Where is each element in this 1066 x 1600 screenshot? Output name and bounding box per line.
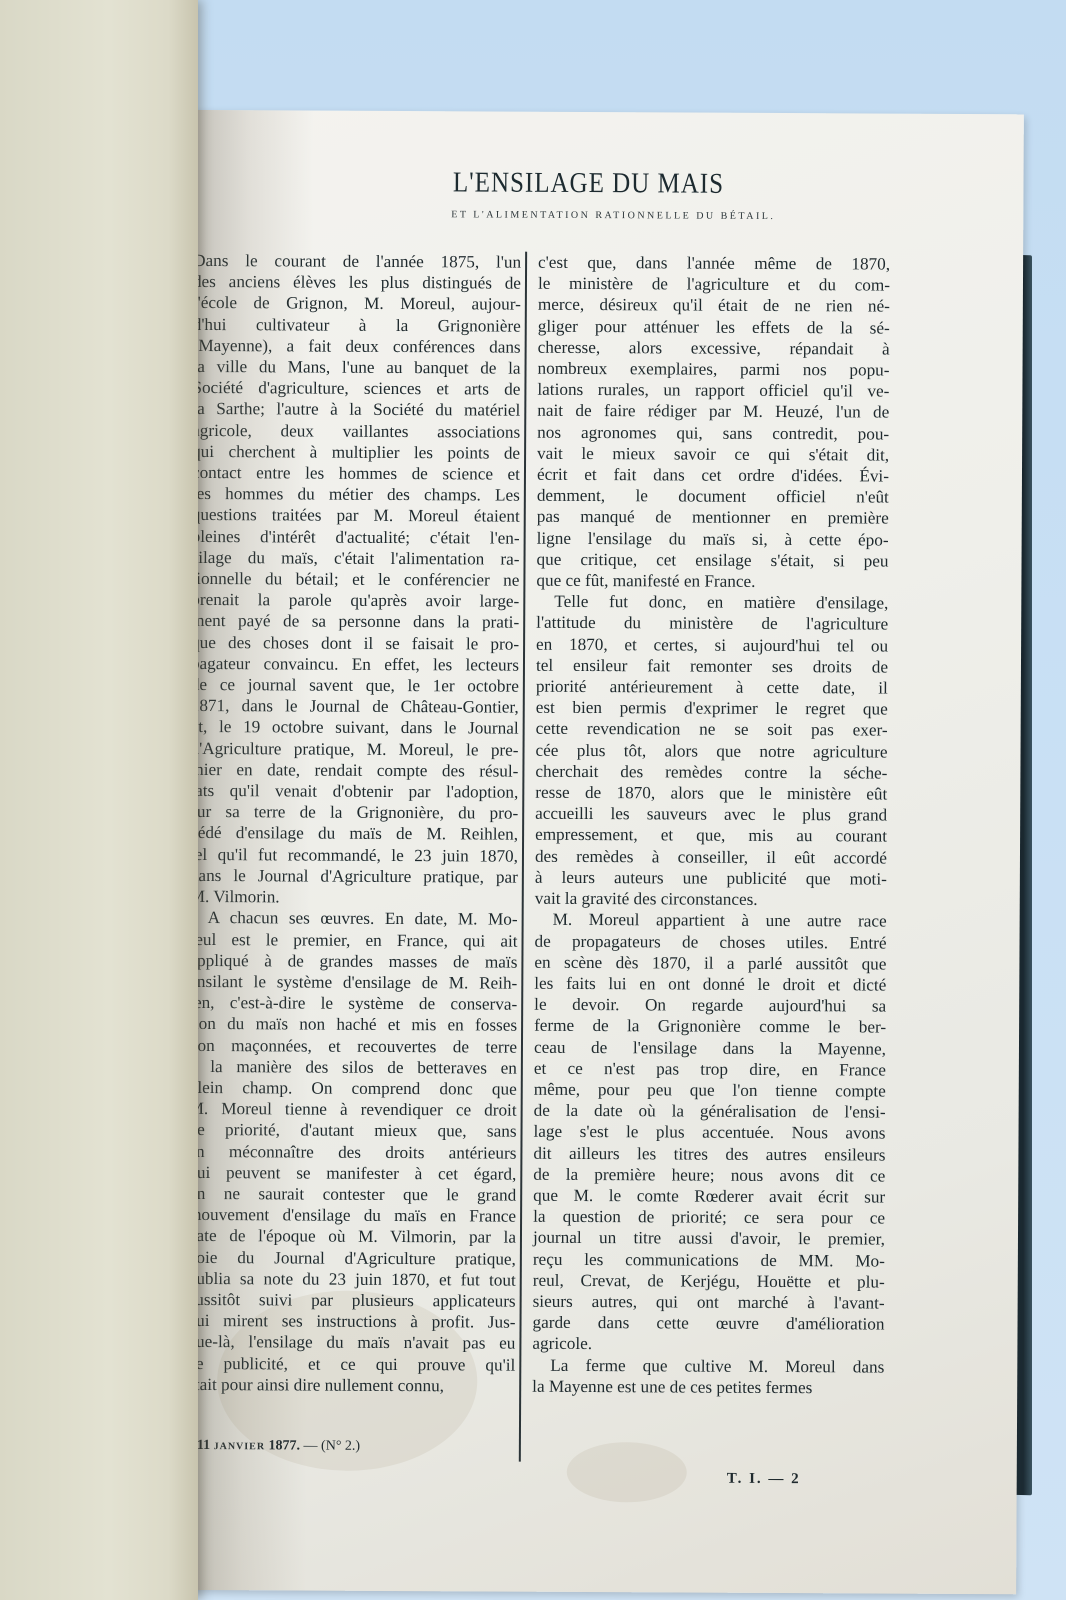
text-line: pleines d'intérêt d'actualité; c'était l… [192, 526, 520, 549]
text-line: reul est le premier, en France, qui ait [189, 928, 517, 951]
text-line: qui mirent ses instructions à profit. Ju… [187, 1310, 515, 1333]
text-line: l'école de Grignon, M. Moreul, aujour- [193, 292, 521, 315]
text-line: ferme de la Grignonière comme le ber- [534, 1015, 886, 1038]
text-line: M. Moreul appartient à une autre race [535, 909, 887, 932]
text-line: 1871, dans le Journal de Château-Gontier… [191, 695, 519, 718]
text-line: M. Moreul tienne à revendiquer ce droit [189, 1098, 517, 1121]
text-line: voie du Journal d'Agriculture pratique, [188, 1246, 516, 1269]
text-line: ceau de l'ensilage dans la Mayenne, [534, 1036, 886, 1059]
paper-stain [567, 1442, 687, 1503]
text-line: accueilli les sauveurs avec le plus gran… [535, 803, 887, 826]
text-line: publia sa note du 23 juin 1870, et fut t… [188, 1268, 516, 1291]
text-line: on ne saurait contester que le grand [188, 1183, 516, 1206]
book-page: L'ENSILAGE DU MAIS ET L'ALIMENTATION RAT… [146, 110, 1024, 1595]
text-line: A chacun ses œuvres. En date, M. Mo- [190, 907, 518, 930]
text-line: la Sarthe; l'autre à la Société du matér… [192, 398, 520, 421]
text-line: en méconnaître des droits antérieurs [188, 1140, 516, 1163]
text-line: vait le mieux savoir ce qui s'était dit, [537, 443, 889, 466]
text-line: nait de faire rédiger par M. Heuzé, l'un… [537, 400, 889, 423]
article-subtitle: ET L'ALIMENTATION RATIONNELLE DU BÉTAIL. [153, 208, 1023, 224]
date-year: 1877. [269, 1438, 301, 1453]
text-line: date de l'époque où M. Vilmorin, par la [188, 1225, 516, 1248]
text-line: que-là, l'ensilage du maïs n'avait pas e… [187, 1331, 515, 1354]
text-line: les faits lui en ont donné le droit et d… [534, 973, 886, 996]
text-line: le ministère de l'agriculture et du com- [538, 273, 890, 296]
text-line: est bien permis d'exprimer le regret que [536, 697, 888, 720]
text-line: la ville du Mans, l'une au banquet de la [192, 356, 520, 379]
text-line: de publicité, et ce qui prouve qu'il [187, 1352, 515, 1375]
text-line: que des choses dont il se faisait le pro… [191, 632, 519, 655]
text-line: sieurs autres, qui ont marché à l'avant- [533, 1291, 885, 1314]
text-line: resse de 1870, alors que le ministère eû… [535, 782, 887, 805]
text-line: la Mayenne est une de ces petites fermes [532, 1375, 884, 1398]
text-line: le devoir. On regarde aujourd'hui sa [534, 994, 886, 1017]
text-line: d'hui cultivateur à la Grignonière [193, 314, 521, 337]
text-line: que critique, cet ensilage s'était, si p… [536, 549, 888, 572]
text-line: tion du maïs non haché et mis en fosses [189, 1013, 517, 1036]
text-line: la question de priorité; ce sera pour ce [533, 1206, 885, 1229]
text-line: à la manière des silos de betteraves en [189, 1056, 517, 1079]
text-line: prenait la parole qu'après avoir large- [191, 589, 519, 612]
text-line: tel qu'il fut recommandé, le 23 juin 187… [190, 844, 518, 867]
text-line: cheresse, alors excessive, répandait à [538, 337, 890, 360]
text-line: merce, désireux qu'il était de ne rien n… [538, 294, 890, 317]
text-line: Société d'agriculture, sciences et arts … [192, 377, 520, 400]
text-line: dit ailleurs les titres des autres ensil… [533, 1142, 885, 1165]
text-line: cédé d'ensilage du maïs de M. Reihlen, [190, 822, 518, 845]
text-line: plein champ. On comprend donc que [189, 1077, 517, 1100]
text-line: en 1870, et certes, si aujourd'hui tel o… [536, 633, 888, 656]
text-line: nos agronomes qui, sans contredit, pou- [537, 421, 889, 444]
text-line: ensilant le système d'ensilage de M. Rei… [189, 971, 517, 994]
text-line: aussitôt suivi par plusieurs applicateur… [188, 1289, 516, 1312]
text-line: contact entre les hommes de science et [192, 462, 520, 485]
text-line: M. Vilmorin. [190, 886, 518, 909]
text-line: qui peuvent se manifester à cet égard, [188, 1162, 516, 1185]
text-line: même, pour peu que l'on tienne compte [534, 1079, 886, 1102]
text-line: en scène dès 1870, il a parlé aussitôt q… [534, 951, 886, 974]
issue-date: 11 JANVIER 1877. — (N° 2.) [197, 1438, 360, 1455]
text-line: agricole. [532, 1333, 884, 1356]
text-line: demment, le document officiel n'eût [537, 485, 889, 508]
text-line: cette revendication ne se soit pas exer- [536, 718, 888, 741]
text-line: mouvement d'ensilage du maïs en France [188, 1204, 516, 1227]
text-line: et, le 19 octobre suivant, dans le Journ… [191, 716, 519, 739]
text-line: de priorité, d'autant mieux que, sans [188, 1119, 516, 1142]
curled-left-leaf [0, 0, 198, 1600]
text-line: garde dans cette œuvre d'amélioration [532, 1312, 884, 1335]
text-line: des remèdes à conseiller, il eût accordé [535, 845, 887, 868]
signature-mark: T. I. — 2 [727, 1471, 801, 1488]
text-line: et ce n'est pas trop dire, en France [534, 1057, 886, 1080]
text-line: ligne l'ensilage du maïs si, à cette épo… [537, 527, 889, 550]
issue-number: — (N° 2.) [304, 1439, 361, 1454]
text-line: lations rurales, un rapport officiel qu'… [537, 379, 889, 402]
article-title: L'ENSILAGE DU MAIS [153, 166, 1023, 203]
text-line: cée plus tôt, alors que notre agricultur… [535, 739, 887, 762]
text-line: priorité antérieurement à cette date, il [536, 676, 888, 699]
text-line: gliger pour atténuer les effets de la sé… [538, 315, 890, 338]
text-line: len, c'est-à-dire le système de conserva… [189, 992, 517, 1015]
text-line: tats qu'il venait d'obtenir par l'adopti… [190, 780, 518, 803]
text-line: d'Agriculture pratique, M. Moreul, le pr… [190, 738, 518, 761]
text-line: nombreux exemplaires, parmi nos popu- [537, 358, 889, 381]
text-line: c'est que, dans l'année même de 1870, [538, 252, 890, 275]
text-line: non maçonnées, et recouvertes de terre [189, 1034, 517, 1057]
text-line: à leurs auteurs une publicité que moti- [535, 867, 887, 890]
text-line: qui cherchent à multiplier les points de [192, 441, 520, 464]
text-line: tel ensileur fait remonter ses droits de [536, 655, 888, 678]
text-line: pagateur convaincu. En effet, les lecteu… [191, 653, 519, 676]
text-line: que M. le comte Rœderer avait écrit sur [533, 1185, 885, 1208]
text-line: La ferme que cultive M. Moreul dans [532, 1354, 884, 1377]
text-line: dans le Journal d'Agriculture pratique, … [190, 865, 518, 888]
text-line: questions traitées par M. Moreul étaient [192, 504, 520, 527]
text-line: des anciens élèves les plus distingués d… [193, 271, 521, 294]
text-line: (Mayenne), a fait deux conférences dans [193, 335, 521, 358]
text-line: de la date où la généralisation de l'ens… [534, 1100, 886, 1123]
text-line: les hommes du métier des champs. Les [192, 483, 520, 506]
text-line: de la première heure; nous avons dit ce [533, 1163, 885, 1186]
text-line: de propagateurs de choses utiles. Entré [534, 930, 886, 953]
left-column: Dans le courant de l'année 1875, l'undes… [187, 250, 521, 1397]
text-line: cherchait des remèdes contre la séche- [535, 761, 887, 784]
text-line: ment payé de sa personne dans la prati- [191, 610, 519, 633]
text-line: sur sa terre de la Grignonière, du pro- [190, 801, 518, 824]
text-line: agricole, deux vaillantes associations [192, 420, 520, 443]
text-line: journal un titre aussi d'avoir, le premi… [533, 1227, 885, 1250]
text-line: appliqué à de grandes masses de maïs [189, 950, 517, 973]
text-line: écrit et fait dans cet ordre d'idées. Év… [537, 464, 889, 487]
text-line: reçu les communications de MM. Mo- [533, 1248, 885, 1271]
right-column: c'est que, dans l'année même de 1870,le … [532, 252, 890, 1399]
text-line: mier en date, rendait compte des résul- [190, 759, 518, 782]
text-line: Dans le courant de l'année 1875, l'un [193, 250, 521, 273]
text-line: était pour ainsi dire nullement connu, [187, 1374, 515, 1397]
text-line: reul, Crevat, de Kerjégu, Houëtte et plu… [533, 1269, 885, 1292]
text-line: Telle fut donc, en matière d'ensilage, [536, 591, 888, 614]
text-line: pas manqué de mentionner en première [537, 506, 889, 529]
text-line: vait la gravité des circonstances. [535, 888, 887, 911]
text-line: l'attitude du ministère de l'agriculture [536, 612, 888, 635]
date-month: JANVIER [214, 1441, 266, 1452]
text-line: empressement, et que, mis au courant [535, 824, 887, 847]
date-day: 11 [197, 1438, 210, 1453]
text-line: lage s'est le plus accentuée. Nous avons [533, 1121, 885, 1144]
text-line: tionnelle du bétail; et le conférencier … [191, 568, 519, 591]
text-line: silage du maïs, c'était l'alimentation r… [191, 547, 519, 570]
text-line: de ce journal savent que, le 1er octobre [191, 674, 519, 697]
text-line: que ce fût, manifesté en France. [536, 570, 888, 593]
